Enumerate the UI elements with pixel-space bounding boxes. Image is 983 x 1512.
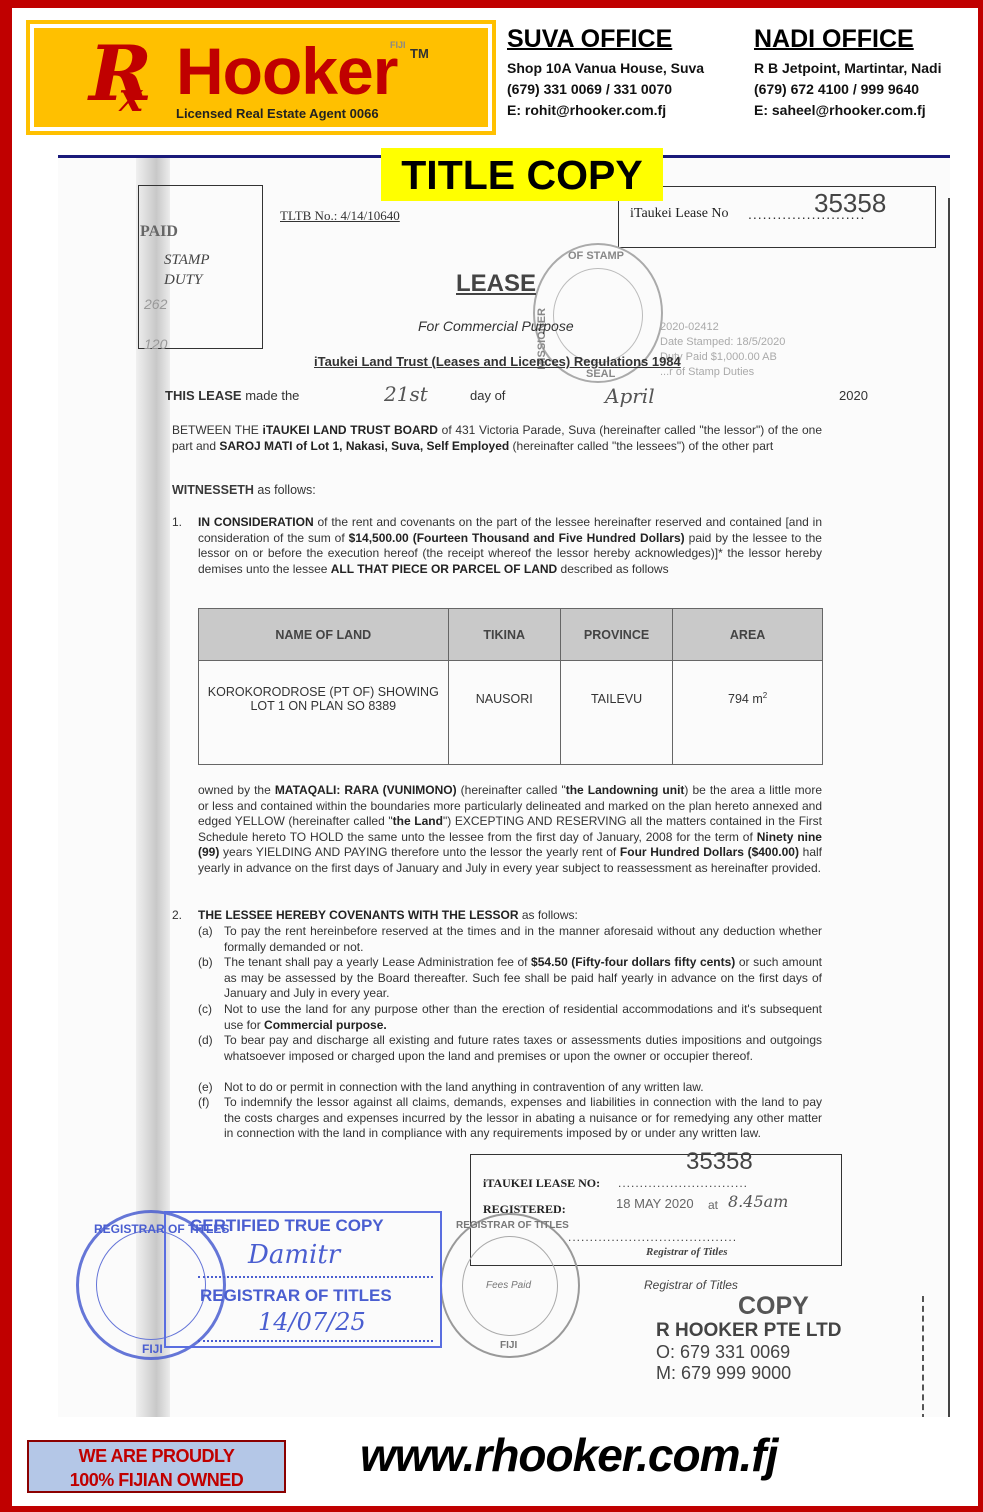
cell-province: TAILEVU xyxy=(560,661,672,765)
grey-seal-fees-paid: Fees Paid xyxy=(486,1280,531,1291)
stamp-number: 262 xyxy=(144,296,167,312)
scanned-lease-document: PAID STAMP DUTY 262 120 TLTB No.: 4/14/1… xyxy=(58,155,950,1417)
blue-seal-bottom-text: FIJI xyxy=(142,1342,163,1356)
seal-top-text: OF STAMP xyxy=(568,250,624,262)
registered-time: 8.45am xyxy=(728,1192,788,1211)
certified-dotted-line xyxy=(198,1276,433,1278)
lease-number-value: 35358 xyxy=(814,188,886,219)
witnesseth-line: WITNESSETH as follows: xyxy=(172,483,316,499)
registered-date: 18 MAY 2020 xyxy=(616,1196,694,1211)
header-name-of-land: NAME OF LAND xyxy=(199,609,449,661)
copy-stamp-office-phone: O: 679 331 0069 xyxy=(656,1342,790,1363)
parties-paragraph: BETWEEN THE iTAUKEI LAND TRUST BOARD of … xyxy=(172,423,822,454)
nadi-office: NADI OFFICE R B Jetpoint, Martintar, Nad… xyxy=(754,26,941,121)
clause-1-text: IN CONSIDERATION of the rent and covenan… xyxy=(198,515,822,577)
registered-at: at xyxy=(708,1198,718,1212)
copy-stamp-mobile-phone: M: 679 999 9000 xyxy=(656,1363,791,1384)
certified-registrar: REGISTRAR OF TITLES xyxy=(200,1286,392,1306)
lease-heading: LEASE xyxy=(456,270,536,298)
tltb-number: TLTB No.: 4/14/10640 xyxy=(280,208,400,224)
suva-office-title: SUVA OFFICE xyxy=(507,26,704,54)
title-copy-banner: TITLE COPY xyxy=(381,148,663,201)
stamp-number-2: 120 xyxy=(144,336,167,352)
registered-lease-number: 35358 xyxy=(686,1148,753,1176)
lease-number-label: iTaukei Lease No xyxy=(630,206,729,222)
stamp-paid-mark: PAID xyxy=(140,223,178,241)
page-edge xyxy=(948,198,950,1417)
lease-year: 2020 xyxy=(839,388,868,403)
clause-2-heading: THE LESSEE HEREBY COVENANTS WITH THE LES… xyxy=(198,908,578,924)
cell-tikina: NAUSORI xyxy=(448,661,560,765)
certified-title: CERTIFIED TRUE COPY xyxy=(190,1216,384,1236)
suva-office-phone: (679) 331 0069 / 331 0070 xyxy=(507,79,704,100)
grey-seal-top-text: REGISTRAR OF TITLES xyxy=(456,1220,569,1231)
ownership-paragraph: owned by the MATAQALI: RARA (VUNIMONO) (… xyxy=(198,783,822,876)
registrar-caption: Registrar of Titles xyxy=(644,1278,738,1292)
certified-signature: Damitr xyxy=(248,1240,340,1270)
copy-stamp-title: COPY xyxy=(738,1292,809,1321)
license-text: Licensed Real Estate Agent 0066 xyxy=(176,106,379,121)
lease-purpose: For Commercial Purpose xyxy=(418,318,574,334)
rhooker-logo: R x Hooker FIJI TM Licensed Real Estate … xyxy=(26,20,496,135)
clause-2-number: 2. xyxy=(172,908,182,924)
suva-office-address: Shop 10A Vanua House, Suva xyxy=(507,58,704,79)
registered-lease-dots: .............................. xyxy=(618,1176,748,1190)
nadi-office-title: NADI OFFICE xyxy=(754,26,941,54)
certified-dotted-line-2 xyxy=(198,1340,433,1342)
regulations-title: iTaukei Land Trust (Leases and Licences)… xyxy=(314,354,681,369)
nadi-office-email: E: saheel@rhooker.com.fj xyxy=(754,100,941,121)
logo-country: FIJI xyxy=(390,40,406,50)
grey-seal-bottom-text: FIJI xyxy=(500,1340,517,1351)
this-lease-line: THIS LEASE made the 21st day of April 20… xyxy=(165,388,925,403)
logo-trademark: TM xyxy=(410,46,429,61)
cell-name-of-land: KOROKORODROSE (PT OF) SHOWINGLOT 1 ON PL… xyxy=(199,661,449,765)
certified-date: 14/07/25 xyxy=(258,1308,366,1336)
land-description-table: NAME OF LAND TIKINA PROVINCE AREA KOROKO… xyxy=(198,608,823,765)
seal-inner-ring xyxy=(553,268,643,363)
lease-day: 21st xyxy=(384,382,428,406)
table-row: KOROKORODROSE (PT OF) SHOWINGLOT 1 ON PL… xyxy=(199,661,823,765)
header-tikina: TIKINA xyxy=(448,609,560,661)
suva-office: SUVA OFFICE Shop 10A Vanua House, Suva (… xyxy=(507,26,704,121)
stamp-duty-label: STAMP DUTY xyxy=(164,250,210,290)
lease-month: April xyxy=(605,384,655,408)
registrar-signature-label: Registrar of Titles xyxy=(646,1246,727,1258)
logo-wordmark: Hooker xyxy=(176,38,397,104)
nadi-office-phone: (679) 672 4100 / 999 9640 xyxy=(754,79,941,100)
nadi-office-address: R B Jetpoint, Martintar, Nadi xyxy=(754,58,941,79)
seal-bottom-text: SEAL xyxy=(586,368,615,380)
fijian-owned-badge: WE ARE PROUDLY 100% FIJIAN OWNED xyxy=(27,1440,286,1493)
website-link[interactable]: www.rhooker.com.fj xyxy=(360,1428,777,1482)
cell-area: 794 m2 xyxy=(673,661,823,765)
header-province: PROVINCE xyxy=(560,609,672,661)
registered-lease-label: iTAUKEI LEASE NO: xyxy=(483,1176,600,1191)
clause-1-number: 1. xyxy=(172,515,182,531)
header-area: AREA xyxy=(673,609,823,661)
suva-office-email: E: rohit@rhooker.com.fj xyxy=(507,100,704,121)
registrar-signature-line: ....................................... xyxy=(568,1230,737,1244)
copy-stamp-company: R HOOKER PTE LTD xyxy=(656,1320,841,1342)
logo-mark: x xyxy=(119,78,143,118)
stamp-duty-details: 2020-02412 Date Stamped: 18/5/2020 Duty … xyxy=(660,320,785,380)
